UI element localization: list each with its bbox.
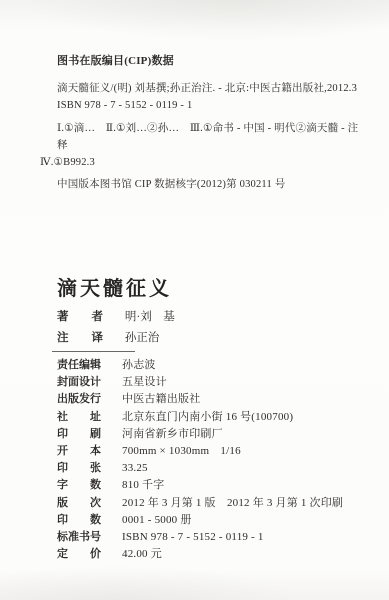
colophon-row: 印 数0001 - 5000 册: [57, 512, 369, 529]
colophon-value: 北京东直门内南小街 16 号(100700): [122, 411, 293, 423]
colophon-label: 版 次: [57, 495, 105, 512]
credit-label: 著 者: [57, 307, 105, 328]
colophon-value: ISBN 978 - 7 - 5152 - 0119 - 1: [122, 531, 264, 543]
colophon-value: 中医古籍出版社: [122, 393, 200, 405]
cip-isbn-line: ISBN 978 - 7 - 5152 - 0119 - 1: [40, 97, 365, 114]
colophon-label: 出版发行: [57, 391, 105, 408]
colophon-label: 字 数: [57, 477, 105, 494]
colophon-row: 印 刷河南省新乡市印刷厂: [57, 426, 369, 443]
colophon-label: 印 数: [57, 512, 105, 529]
credit-value: 明·刘 基: [125, 311, 175, 323]
colophon-row: 标准书号ISBN 978 - 7 - 5152 - 0119 - 1: [57, 529, 369, 546]
colophon-value: 五星设计: [122, 376, 167, 388]
colophon-row: 字 数810 千字: [57, 477, 369, 494]
colophon-value: 孙志波: [122, 359, 156, 371]
colophon-label: 社 址: [57, 409, 105, 426]
cip-record-number-line: 中国版本图书馆 CIP 数据核字(2012)第 030211 号: [40, 176, 365, 193]
colophon-block: 责任编辑孙志波 封面设计五星设计 出版发行中医古籍出版社 社 址北京东直门内南小…: [57, 357, 369, 563]
colophon-row: 社 址北京东直门内南小街 16 号(100700): [57, 409, 369, 426]
cip-block: 图书在版编目(CIP)数据 滴天髓征义/(明) 刘基撰;孙正治注. - 北京:中…: [40, 53, 365, 193]
credit-row-annotator: 注 译 孙正治: [57, 328, 175, 349]
credit-label: 注 译: [57, 328, 105, 349]
colophon-row: 责任编辑孙志波: [57, 357, 369, 374]
colophon-label: 封面设计: [57, 374, 105, 391]
credit-row-author: 著 者 明·刘 基: [57, 307, 175, 328]
book-title: 滴天髓征义: [57, 272, 172, 301]
cip-classification-line-1: Ⅰ.①滴… Ⅱ.①刘…②孙… Ⅲ.①命书 - 中国 - 明代②滴天髓 - 注释: [40, 120, 365, 154]
colophon-value: 700mm × 1030mm 1/16: [122, 445, 241, 457]
credit-value: 孙正治: [125, 332, 160, 344]
colophon-label: 定 价: [57, 546, 105, 563]
colophon-value: 810 千字: [122, 479, 164, 491]
cip-heading: 图书在版编目(CIP)数据: [40, 53, 365, 70]
colophon-value: 河南省新乡市印刷厂: [122, 428, 223, 440]
colophon-row: 封面设计五星设计: [57, 374, 369, 391]
colophon-label: 印 张: [57, 460, 105, 477]
colophon-row: 开 本700mm × 1030mm 1/16: [57, 443, 369, 460]
book-copyright-page: 图书在版编目(CIP)数据 滴天髓征义/(明) 刘基撰;孙正治注. - 北京:中…: [0, 0, 389, 600]
colophon-row: 出版发行中医古籍出版社: [57, 391, 369, 408]
colophon-row: 定 价42.00 元: [57, 546, 369, 563]
colophon-value: 42.00 元: [122, 548, 162, 560]
colophon-label: 开 本: [57, 443, 105, 460]
cip-classification-line-2: Ⅳ.①B992.3: [40, 154, 365, 171]
divider-rule: [52, 351, 135, 352]
colophon-value: 2012 年 3 月第 1 版 2012 年 3 月第 1 次印刷: [122, 497, 343, 509]
colophon-value: 33.25: [122, 462, 148, 474]
colophon-row: 印 张33.25: [57, 460, 369, 477]
colophon-row: 版 次2012 年 3 月第 1 版 2012 年 3 月第 1 次印刷: [57, 495, 369, 512]
colophon-label: 印 刷: [57, 426, 105, 443]
cip-title-line: 滴天髓征义/(明) 刘基撰;孙正治注. - 北京:中医古籍出版社,2012.3: [40, 80, 365, 97]
credits-block: 著 者 明·刘 基 注 译 孙正治: [57, 307, 175, 349]
colophon-value: 0001 - 5000 册: [122, 514, 192, 526]
colophon-label: 标准书号: [57, 529, 105, 546]
colophon-label: 责任编辑: [57, 357, 105, 374]
